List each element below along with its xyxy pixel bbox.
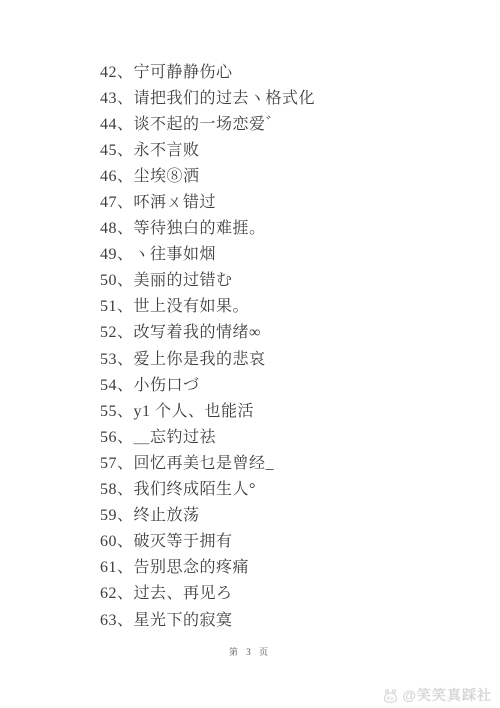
item-number: 43、 [100, 85, 134, 108]
list-item: 48、等待独白的难捱。 [100, 214, 470, 240]
item-number: 53、 [100, 346, 134, 369]
list-item: 56、＿忘钓过祛 [100, 422, 470, 448]
item-number: 47、 [100, 189, 134, 212]
list-item: 59、终止放荡 [100, 501, 470, 527]
list-item: 42、宁可静静伤心 [100, 57, 470, 83]
page-footer: 第 3 页 [0, 645, 500, 658]
watermark: du @笑笑真踩社 [382, 685, 492, 705]
item-text: ＿忘钓过祛 [134, 424, 217, 447]
list-item: 47、吥洅ㄨ错过 [100, 187, 470, 213]
list-item: 43、请把我们的过去ヽ格式化 [100, 83, 470, 109]
list-item: 46、尘埃⑧洒 [100, 161, 470, 187]
baidu-paw-icon: du [382, 687, 399, 704]
list-item: 61、告别思念的疼痛 [100, 553, 470, 579]
item-text: y1 个人、也能活 [134, 398, 255, 421]
nickname-list: 42、宁可静静伤心43、请把我们的过去ヽ格式化44、谈不起的一场恋爱゛45、永不… [100, 57, 470, 631]
item-number: 46、 [100, 163, 134, 186]
list-item: 54、小伤口づ [100, 370, 470, 396]
item-number: 62、 [100, 580, 134, 603]
list-item: 51、世上没有如果。 [100, 292, 470, 318]
item-number: 51、 [100, 293, 134, 316]
item-text: 告别思念的疼痛 [134, 554, 250, 577]
item-text: 尘埃⑧洒 [134, 163, 200, 186]
item-text: 小伤口づ [134, 372, 200, 395]
item-number: 57、 [100, 450, 134, 473]
item-text: 改写着我的情绪∞ [134, 319, 261, 342]
item-text: 回忆再美乜是曾经_ [134, 450, 275, 473]
item-text: 美丽的过错む [134, 267, 233, 290]
list-item: 44、谈不起的一场恋爱゛ [100, 109, 470, 135]
item-number: 50、 [100, 267, 134, 290]
list-item: 60、破灭等于拥有 [100, 527, 470, 553]
item-number: 63、 [100, 607, 134, 630]
list-item: 55、y1 个人、也能活 [100, 396, 470, 422]
item-text: 请把我们的过去ヽ格式化 [134, 85, 316, 108]
item-number: 44、 [100, 111, 134, 134]
page-number-label: 第 3 页 [229, 647, 271, 657]
item-text: ヽ往事如烟 [134, 241, 217, 264]
item-number: 49、 [100, 241, 134, 264]
list-item: 45、永不言败 [100, 135, 470, 161]
list-item: 50、美丽的过错む [100, 266, 470, 292]
list-item: 49、ヽ往事如烟 [100, 240, 470, 266]
item-number: 58、 [100, 476, 134, 499]
item-text: 过去、再见ろ [134, 580, 233, 603]
item-text: 破灭等于拥有 [134, 528, 233, 551]
item-number: 48、 [100, 215, 134, 238]
svg-text:du: du [387, 695, 395, 701]
item-text: 星光下的寂寞 [134, 607, 233, 630]
item-number: 45、 [100, 137, 134, 160]
item-text: 世上没有如果。 [134, 293, 250, 316]
item-text: 谈不起的一场恋爱゛ [134, 111, 283, 134]
item-number: 54、 [100, 372, 134, 395]
list-item: 63、星光下的寂寞 [100, 605, 470, 631]
list-item: 52、改写着我的情绪∞ [100, 318, 470, 344]
list-item: 57、回忆再美乜是曾经_ [100, 448, 470, 474]
list-item: 62、过去、再见ろ [100, 579, 470, 605]
item-number: 42、 [100, 59, 134, 82]
item-text: 永不言败 [134, 137, 200, 160]
list-item: 58、我们终成陌生人° [100, 475, 470, 501]
item-text: 吥洅ㄨ错过 [134, 189, 217, 212]
document-page: 42、宁可静静伤心43、请把我们的过去ヽ格式化44、谈不起的一场恋爱゛45、永不… [0, 0, 500, 708]
item-text: 我们终成陌生人° [134, 476, 256, 499]
watermark-text: @笑笑真踩社 [402, 685, 492, 705]
item-text: 爱上你是我的悲哀 [134, 346, 266, 369]
item-text: 宁可静静伤心 [134, 59, 233, 82]
item-text: 等待独白的难捱。 [134, 215, 266, 238]
item-number: 61、 [100, 554, 134, 577]
item-text: 终止放荡 [134, 502, 200, 525]
list-item: 53、爱上你是我的悲哀 [100, 344, 470, 370]
item-number: 52、 [100, 319, 134, 342]
item-number: 59、 [100, 502, 134, 525]
item-number: 55、 [100, 398, 134, 421]
item-number: 56、 [100, 424, 134, 447]
item-number: 60、 [100, 528, 134, 551]
